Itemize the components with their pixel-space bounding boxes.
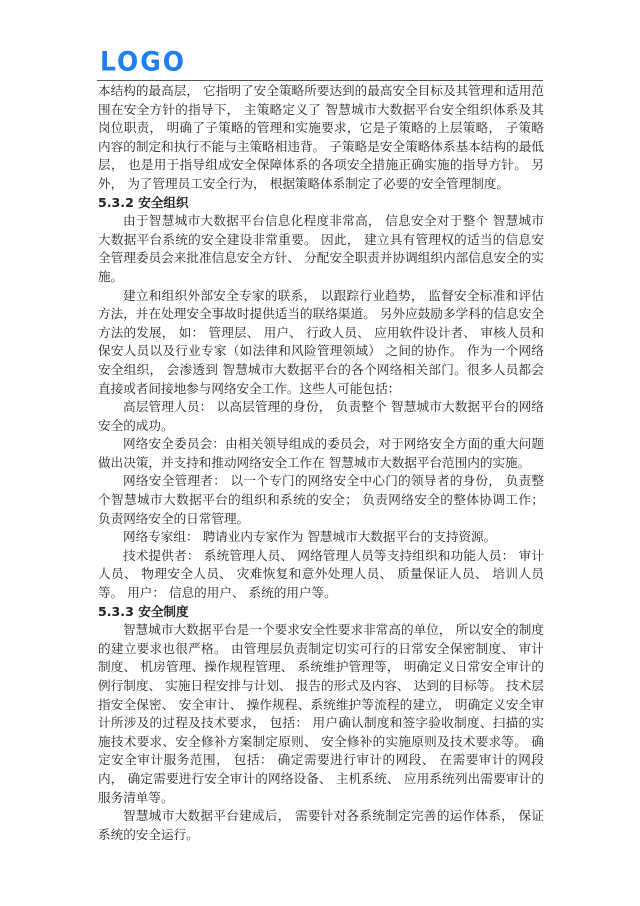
document-body: 本结构的最高层， 它指明了安全策略所要达到的最高安全目标及其管理和适用范围在安全… xyxy=(98,82,544,844)
paragraph: 技术提供者： 系统管理人员、 网络管理人员等支持组织和功能人员： 审计人员、 物… xyxy=(98,547,544,603)
paragraph: 智慧城市大数据平台是一个要求安全性要求非常高的单位， 所以安全的制度的建立要求也… xyxy=(98,621,544,807)
paragraph: 网络安全委员会：由相关领导组成的委员会，对于网络安全方面的重大问题做出决策，并支… xyxy=(98,435,544,472)
paragraph: 高层管理人员： 以高层管理的身份， 负责整个 智慧城市大数据平台的网络安全的成功… xyxy=(98,398,544,435)
header-divider xyxy=(97,80,543,81)
section-heading: 5.3.3 安全制度 xyxy=(98,603,544,622)
logo: LOGO xyxy=(100,48,186,75)
paragraph: 由于智慧城市大数据平台信息化程度非常高， 信息安全对于整个 智慧城市大数据平台系… xyxy=(98,212,544,286)
paragraph: 网络专家组： 聘请业内专家作为 智慧城市大数据平台的支持资源。 xyxy=(98,528,544,547)
paragraph: 网络安全管理者： 以一个专门的网络安全中心门的领导者的身份， 负责整个智慧城市大… xyxy=(98,472,544,528)
paragraph: 智慧城市大数据平台建成后， 需要针对各系统制定完善的运作体系， 保证系统的安全运… xyxy=(98,807,544,844)
paragraph: 本结构的最高层， 它指明了安全策略所要达到的最高安全目标及其管理和适用范围在安全… xyxy=(98,82,544,194)
paragraph: 建立和组织外部安全专家的联系， 以跟踪行业趋势， 监督安全标准和评估方法，并在处… xyxy=(98,287,544,399)
section-heading: 5.3.2 安全组织 xyxy=(98,194,544,213)
